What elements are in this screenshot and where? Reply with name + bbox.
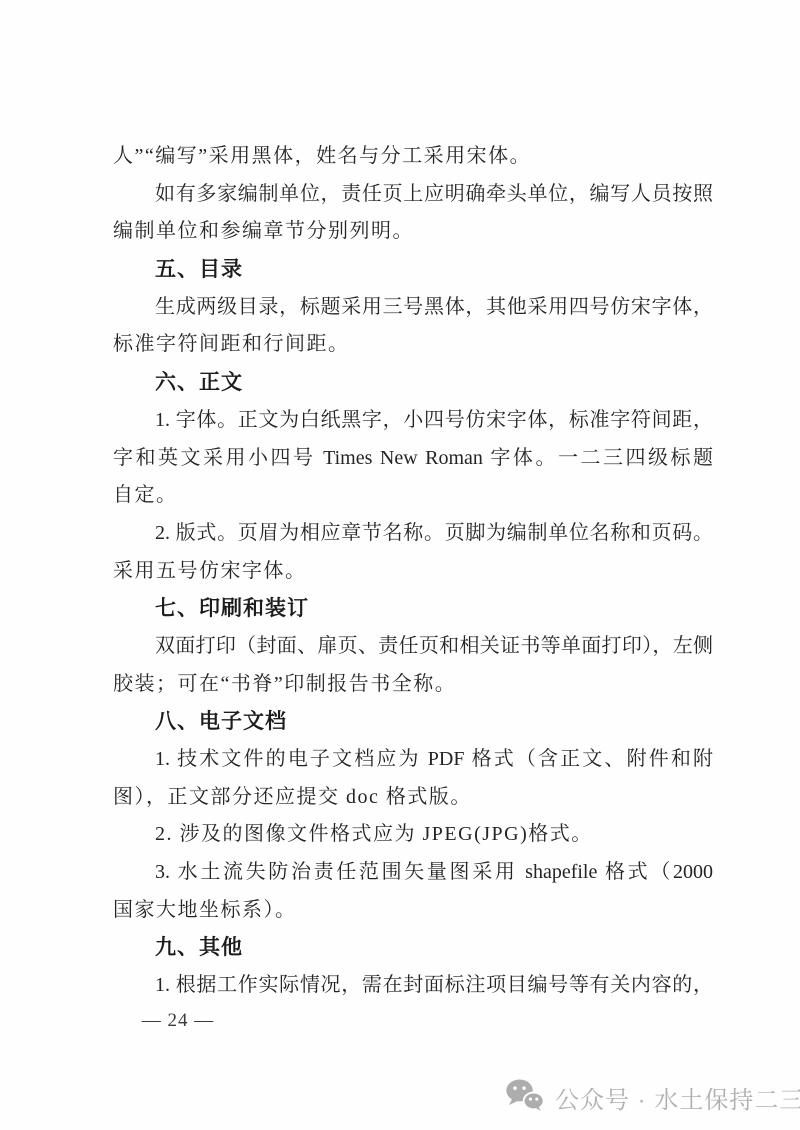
doc-line: 标准字符间距和行间距。 <box>113 326 713 364</box>
watermark: 公众号 · 水土保持二三 <box>505 1078 800 1117</box>
watermark-label: 公众号 · 水土保持二三 <box>555 1080 800 1115</box>
doc-line: 自定。 <box>113 477 713 515</box>
doc-line: 2. 涉及的图像文件格式应为 JPEG(JPG)格式。 <box>113 816 713 854</box>
section-heading-maintext: 六、正文 <box>113 364 713 402</box>
doc-line: 1. 技术文件的电子文档应为 PDF 格式（含正文、附件和附 <box>113 741 713 779</box>
doc-line: 1. 根据工作实际情况，需在封面标注项目编号等有关内容的， <box>113 967 713 1005</box>
doc-line: 生成两级目录，标题采用三号黑体，其他采用四号仿宋字体， <box>113 289 713 327</box>
doc-line: 胶装；可在“书脊”印制报告书全称。 <box>113 666 713 704</box>
doc-line: 如有多家编制单位，责任页上应明确牵头单位，编写人员按照 <box>113 176 713 214</box>
doc-line: 2. 版式。页眉为相应章节名称。页脚为编制单位名称和页码。 <box>113 515 713 553</box>
wechat-icon <box>505 1078 545 1117</box>
doc-line: 编制单位和参编章节分别列明。 <box>113 213 713 251</box>
section-heading-others: 九、其他 <box>113 929 713 967</box>
doc-line: 字和英文采用小四号 Times New Roman 字体。一二三四级标题 <box>113 440 713 478</box>
section-heading-printing: 七、印刷和装订 <box>113 590 713 628</box>
doc-line: 图），正文部分还应提交 doc 格式版。 <box>113 779 713 817</box>
doc-line: 3. 水土流失防治责任范围矢量图采用 shapefile 格式（2000 <box>113 854 713 892</box>
doc-line: 双面打印（封面、扉页、责任页和相关证书等单面打印），左侧 <box>113 628 713 666</box>
doc-line: 采用五号仿宋字体。 <box>113 553 713 591</box>
section-heading-edocs: 八、电子文档 <box>113 703 713 741</box>
page-number: — 24 — <box>113 1010 243 1032</box>
document-page: 人”“编写”采用黑体，姓名与分工采用宋体。 如有多家编制单位，责任页上应明确牵头… <box>0 0 800 1130</box>
doc-line: 1. 字体。正文为白纸黑字，小四号仿宋字体，标准字符间距，数 <box>113 402 713 440</box>
doc-line: 人”“编写”采用黑体，姓名与分工采用宋体。 <box>113 138 713 176</box>
section-heading-contents: 五、目录 <box>113 251 713 289</box>
doc-line: 国家大地坐标系）。 <box>113 892 713 930</box>
document-body: 人”“编写”采用黑体，姓名与分工采用宋体。 如有多家编制单位，责任页上应明确牵头… <box>113 138 713 1005</box>
